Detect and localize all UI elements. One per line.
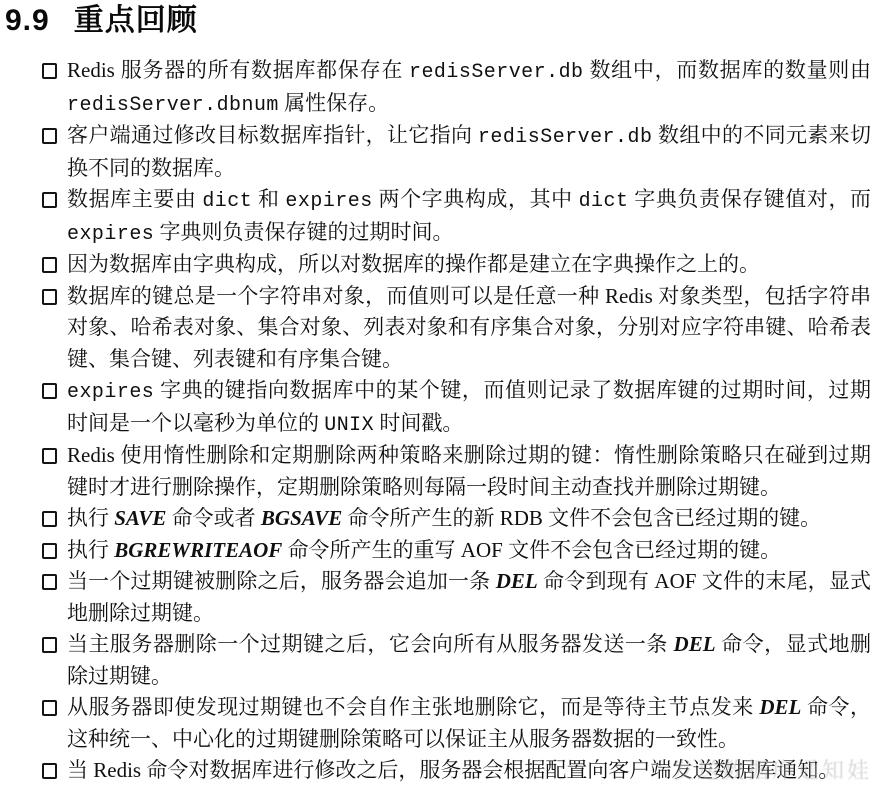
list-item: 从服务器即使发现过期键也不会自作主张地删除它，而是等待主节点发来 DEL 命令，… [42, 692, 871, 755]
list-item: 因为数据库由字典构成，所以对数据库的操作都是建立在字典操作之上的。 [42, 249, 871, 281]
list-item-text: Redis 服务器的所有数据库都保存在 redisServer.db 数组中，而… [67, 55, 871, 120]
list-item: 当 Redis 命令对数据库进行修改之后，服务器会根据配置向客户端发送数据库通知… [42, 755, 871, 787]
ballot-box-icon [42, 629, 67, 692]
list-item: Redis 使用惰性删除和定期删除两种策略来删除过期的键：惰性删除策略只在碰到过… [42, 440, 871, 503]
list-item-text: Redis 使用惰性删除和定期删除两种策略来删除过期的键：惰性删除策略只在碰到过… [67, 440, 871, 503]
ballot-box-icon [42, 566, 67, 629]
list-item-text: 当主服务器删除一个过期键之后，它会向所有从服务器发送一条 DEL 命令，显式地删… [67, 629, 871, 692]
section-title: 重点回顾 [74, 2, 198, 40]
ballot-box-icon [42, 755, 67, 787]
ballot-box-icon [42, 55, 67, 120]
list-item: expires 字典的键指向数据库中的某个键，而值则记录了数据库键的过期时间，过… [42, 375, 871, 440]
section-heading: 9.9 重点回顾 [5, 2, 874, 40]
list-item: 执行 BGREWRITEAOF 命令所产生的重写 AOF 文件不会包含已经过期的… [42, 535, 871, 567]
list-item: 客户端通过修改目标数据库指针，让它指向 redisServer.db 数组中的不… [42, 120, 871, 184]
ballot-box-icon [42, 692, 67, 755]
list-item-text: 当 Redis 命令对数据库进行修改之后，服务器会根据配置向客户端发送数据库通知… [67, 755, 871, 787]
list-item-text: expires 字典的键指向数据库中的某个键，而值则记录了数据库键的过期时间，过… [67, 375, 871, 440]
list-item-text: 执行 BGREWRITEAOF 命令所产生的重写 AOF 文件不会包含已经过期的… [67, 535, 871, 567]
ballot-box-icon [42, 184, 67, 249]
ballot-box-icon [42, 249, 67, 281]
list-item-text: 客户端通过修改目标数据库指针，让它指向 redisServer.db 数组中的不… [67, 120, 871, 184]
bullet-list: Redis 服务器的所有数据库都保存在 redisServer.db 数组中，而… [0, 55, 874, 787]
ballot-box-icon [42, 281, 67, 376]
section-number: 9.9 [5, 2, 50, 40]
ballot-box-icon [42, 440, 67, 503]
ballot-box-icon [42, 120, 67, 184]
ballot-box-icon [42, 503, 67, 535]
list-item: 当主服务器删除一个过期键之后，它会向所有从服务器发送一条 DEL 命令，显式地删… [42, 629, 871, 692]
list-item-text: 数据库的键总是一个字符串对象，而值则可以是任意一种 Redis 对象类型，包括字… [67, 281, 871, 376]
list-item-text: 因为数据库由字典构成，所以对数据库的操作都是建立在字典操作之上的。 [67, 249, 871, 281]
list-item: 数据库的键总是一个字符串对象，而值则可以是任意一种 Redis 对象类型，包括字… [42, 281, 871, 376]
list-item: 当一个过期键被删除之后，服务器会追加一条 DEL 命令到现有 AOF 文件的末尾… [42, 566, 871, 629]
ballot-box-icon [42, 535, 67, 567]
list-item-text: 从服务器即使发现过期键也不会自作主张地删除它，而是等待主节点发来 DEL 命令，… [67, 692, 871, 755]
ballot-box-icon [42, 375, 67, 440]
list-item-text: 当一个过期键被删除之后，服务器会追加一条 DEL 命令到现有 AOF 文件的末尾… [67, 566, 871, 629]
list-item: 数据库主要由 dict 和 expires 两个字典构成，其中 dict 字典负… [42, 184, 871, 249]
list-item-text: 数据库主要由 dict 和 expires 两个字典构成，其中 dict 字典负… [67, 184, 871, 249]
list-item: 执行 SAVE 命令或者 BGSAVE 命令所产生的新 RDB 文件不会包含已经… [42, 503, 871, 535]
list-item: Redis 服务器的所有数据库都保存在 redisServer.db 数组中，而… [42, 55, 871, 120]
list-item-text: 执行 SAVE 命令或者 BGSAVE 命令所产生的新 RDB 文件不会包含已经… [67, 503, 871, 535]
